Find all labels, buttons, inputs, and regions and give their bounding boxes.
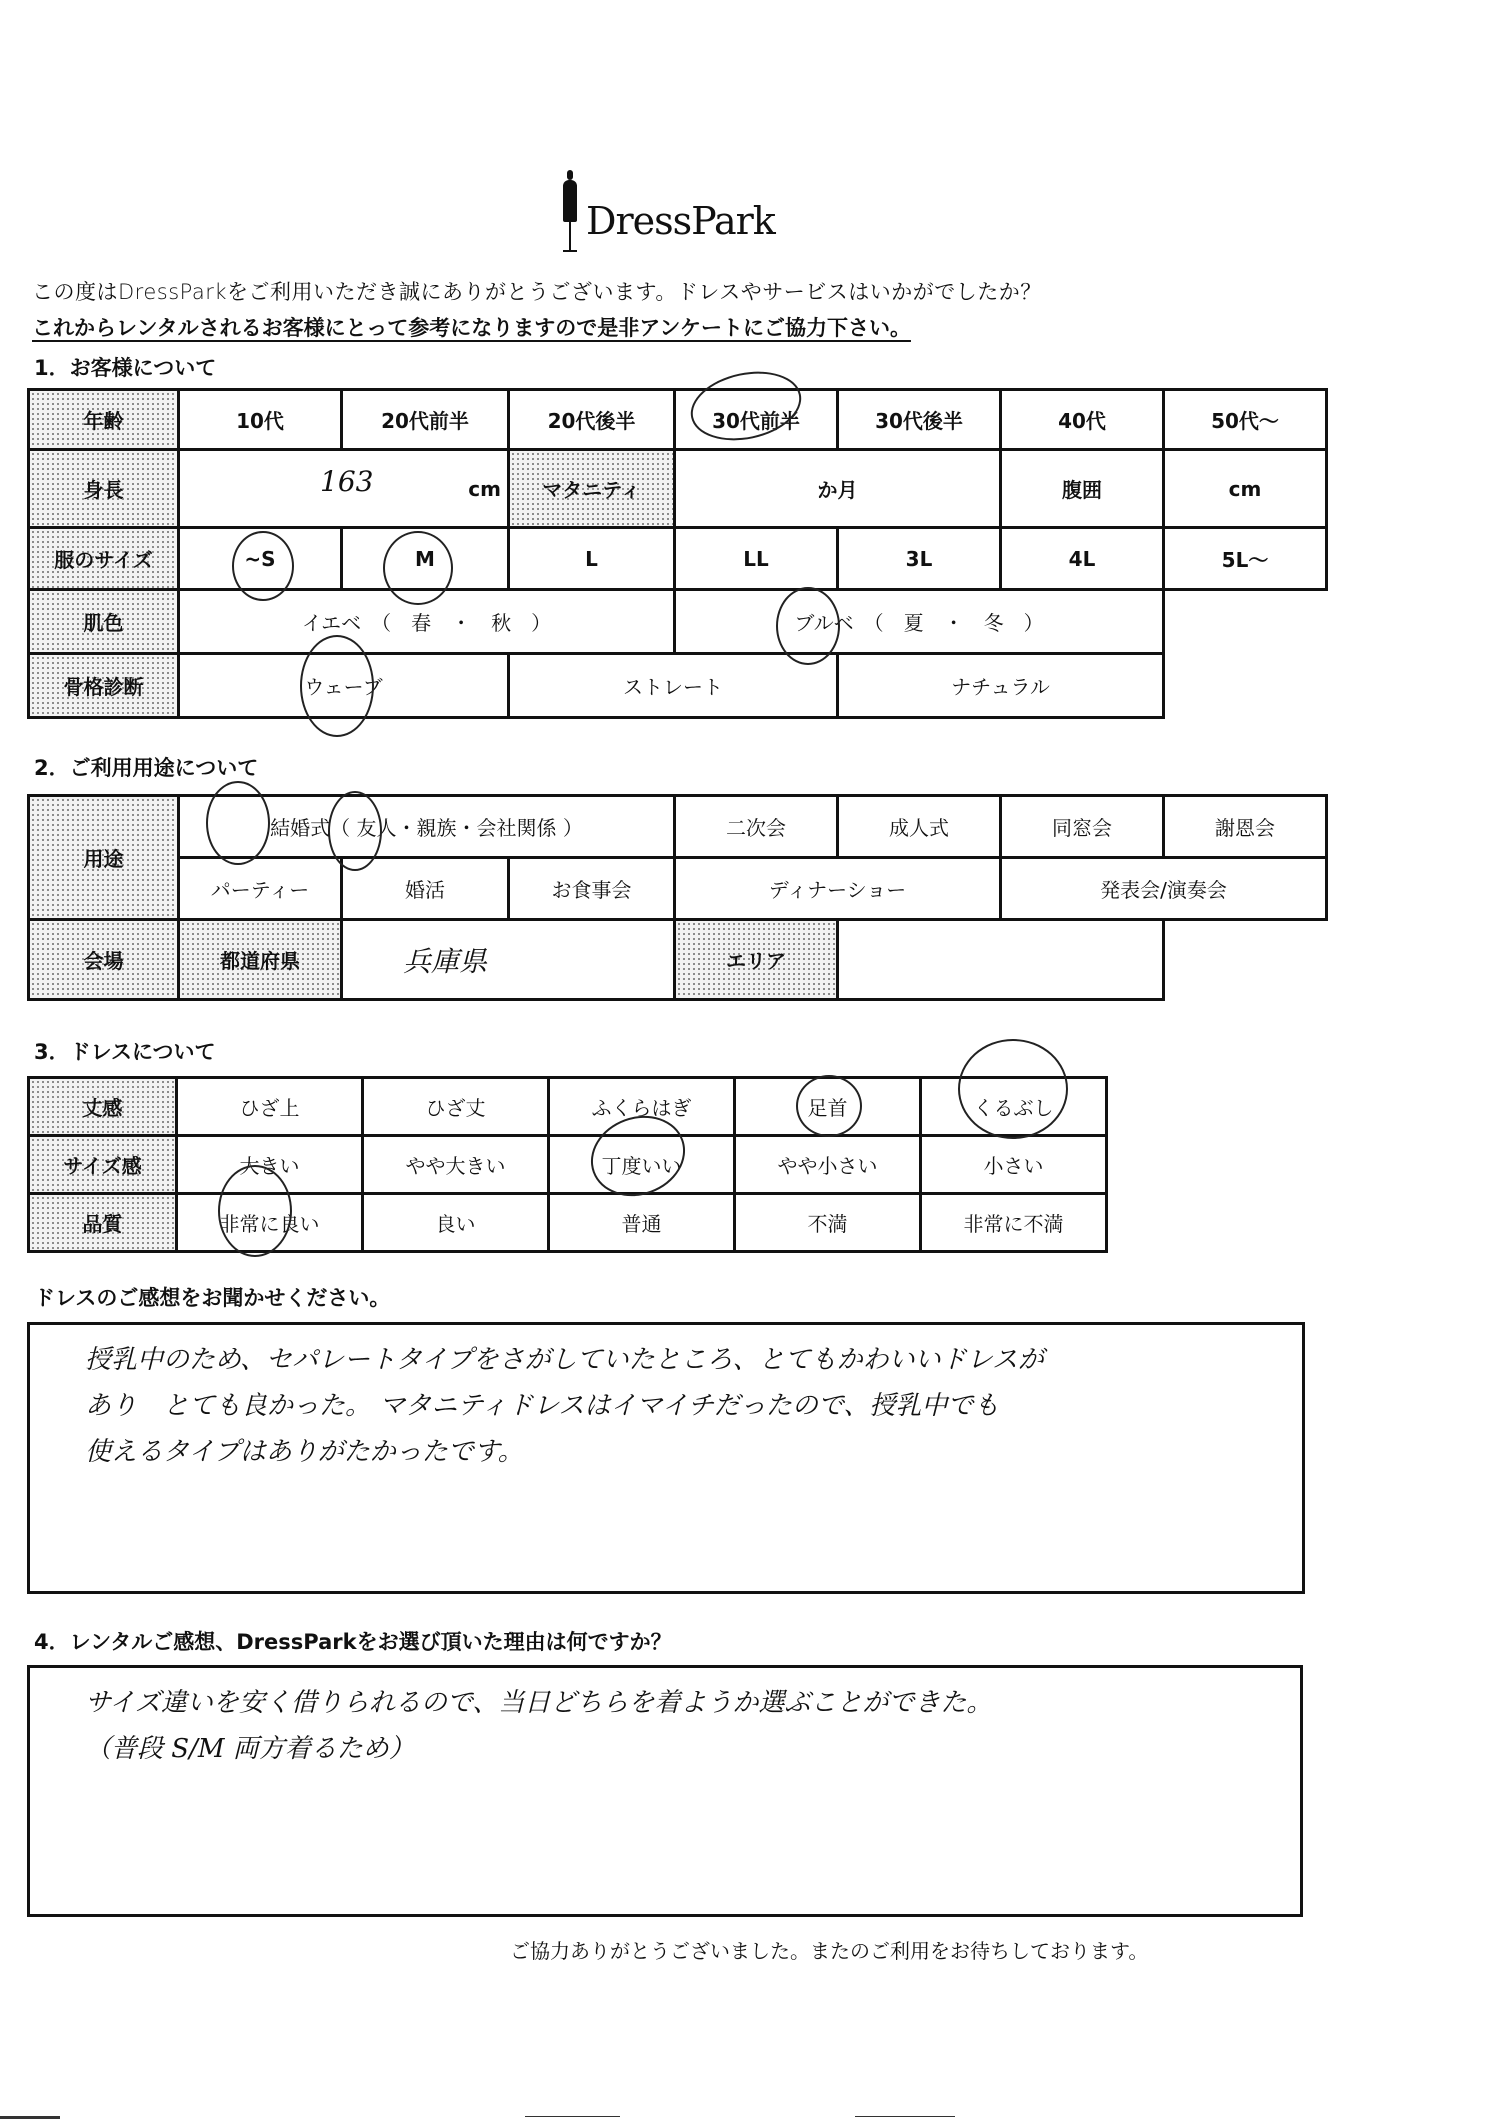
size-option[interactable]: LL <box>675 528 838 590</box>
waist-label: 腹囲 <box>1001 450 1164 528</box>
age-option[interactable]: 10代 <box>179 390 342 450</box>
purpose-option[interactable]: 二次会 <box>675 796 838 858</box>
length-label: 丈感 <box>29 1078 177 1136</box>
section1-title: 1．お客様について <box>34 352 216 382</box>
quality-option[interactable]: 普通 <box>549 1194 735 1252</box>
height-value: 163 <box>320 465 373 498</box>
dresspark-logo: DressPark <box>560 168 775 258</box>
quality-option[interactable]: 良い <box>363 1194 549 1252</box>
purpose-row-2: パーティー 婚活 お食事会 ディナーショー 発表会/演奏会 <box>29 858 1327 920</box>
reason-answer-box[interactable]: サイズ違いを安く借りられるので、当日どちらを着ようか選ぶことができた。 （普段 … <box>27 1665 1303 1917</box>
purpose-option[interactable]: 同窓会 <box>1001 796 1164 858</box>
empty-cell <box>1164 654 1327 718</box>
skin-yellow-option[interactable]: イエベ （ 春 ・ 秋 ） <box>179 590 675 654</box>
frame-option[interactable]: ナチュラル <box>838 654 1164 718</box>
skin-label: 肌色 <box>29 590 179 654</box>
height-label: 身長 <box>29 450 179 528</box>
maternity-label: マタニティ <box>509 450 675 528</box>
venue-label: 会場 <box>29 920 179 1000</box>
purpose-label: 用途 <box>29 796 179 920</box>
age-option-selected[interactable]: 30代前半 <box>675 390 838 450</box>
quality-label: 品質 <box>29 1194 177 1252</box>
waist-field[interactable]: cm <box>1164 450 1327 528</box>
section2-title: 2．ご利用用途について <box>34 752 258 782</box>
prefecture-field[interactable]: 兵庫県 <box>342 920 675 1000</box>
quality-option[interactable]: 非常に不満 <box>921 1194 1107 1252</box>
length-option[interactable]: ひざ丈 <box>363 1078 549 1136</box>
age-option[interactable]: 40代 <box>1001 390 1164 450</box>
size-label: 服のサイズ <box>29 528 179 590</box>
skin-blue-option-selected[interactable]: ブルベ （ 夏 ・ 冬 ） <box>675 590 1164 654</box>
length-row: 丈感 ひざ上 ひざ丈 ふくらはぎ 足首 くるぶし <box>29 1078 1107 1136</box>
frame-label: 骨格診断 <box>29 654 179 718</box>
empty-cell <box>1164 920 1327 1000</box>
length-option[interactable]: ふくらはぎ <box>549 1078 735 1136</box>
dress-comment-prompt: ドレスのご感想をお聞かせください。 <box>34 1282 390 1312</box>
selection-circle <box>206 781 270 865</box>
purpose-option[interactable]: 謝恩会 <box>1164 796 1327 858</box>
fit-option[interactable]: 大きい <box>177 1136 363 1194</box>
size-option[interactable]: L <box>509 528 675 590</box>
size-option[interactable]: 3L <box>838 528 1001 590</box>
size-option-selected[interactable]: M <box>342 528 509 590</box>
venue-row: 会場 都道府県 兵庫県 エリア <box>29 920 1327 1000</box>
area-label: エリア <box>675 920 838 1000</box>
selection-circle <box>958 1039 1068 1139</box>
section4-title: 4．レンタルご感想、DressParkをお選び頂いた理由は何ですか？ <box>34 1626 672 1656</box>
quality-row: 品質 非常に良い 良い 普通 不満 非常に不満 <box>29 1194 1107 1252</box>
size-option[interactable]: 4L <box>1001 528 1164 590</box>
size-row: 服のサイズ ~S M L LL 3L 4L 5L～ <box>29 528 1327 590</box>
mannequin-icon <box>560 168 580 258</box>
frame-option[interactable]: ストレート <box>509 654 838 718</box>
size-option-selected[interactable]: ~S <box>179 528 342 590</box>
length-option-selected[interactable]: くるぶし <box>921 1078 1107 1136</box>
dress-comment-text: 授乳中のため、セパレートタイプをさがしていたところ、とてもかわいいドレスが あり… <box>85 1337 1282 1475</box>
reason-answer-text: サイズ違いを安く借りられるので、当日どちらを着ようか選ぶことができた。 （普段 … <box>85 1680 1280 1772</box>
purpose-option[interactable]: ディナーショー <box>675 858 1001 920</box>
usage-table: 用途 結婚式（ 友人・親族・会社関係 ） 二次会 成人式 同窓会 謝恩会 パーテ… <box>27 794 1328 1001</box>
quality-option[interactable]: 不満 <box>735 1194 921 1252</box>
prefecture-label: 都道府県 <box>179 920 342 1000</box>
section3-title: 3．ドレスについて <box>34 1036 216 1066</box>
dress-comment-box[interactable]: 授乳中のため、セパレートタイプをさがしていたところ、とてもかわいいドレスが あり… <box>27 1322 1305 1594</box>
maternity-months-field[interactable]: か月 <box>675 450 1001 528</box>
fit-option[interactable]: やや大きい <box>363 1136 549 1194</box>
age-option[interactable]: 50代～ <box>1164 390 1327 450</box>
size-option[interactable]: 5L～ <box>1164 528 1327 590</box>
length-option[interactable]: ひざ上 <box>177 1078 363 1136</box>
fit-row: サイズ感 大きい やや大きい 丁度いい やや小さい 小さい <box>29 1136 1107 1194</box>
fit-option-selected[interactable]: 丁度いい <box>549 1136 735 1194</box>
area-field[interactable] <box>838 920 1164 1000</box>
length-option-selected[interactable]: 足首 <box>735 1078 921 1136</box>
age-row: 年齢 10代 20代前半 20代後半 30代前半 30代後半 40代 50代～ <box>29 390 1327 450</box>
intro-text: この度はDressParkをご利用いただき誠にありがとうございます。ドレスやサー… <box>32 276 1042 306</box>
age-option[interactable]: 20代前半 <box>342 390 509 450</box>
age-option[interactable]: 30代後半 <box>838 390 1001 450</box>
purpose-option[interactable]: 婚活 <box>342 858 509 920</box>
purpose-option[interactable]: パーティー <box>179 858 342 920</box>
purpose-option-wedding[interactable]: 結婚式（ 友人・親族・会社関係 ） <box>179 796 675 858</box>
survey-request: これからレンタルされるお客様にとって参考になりますので是非アンケートにご協力下さ… <box>32 312 911 342</box>
fit-label: サイズ感 <box>29 1136 177 1194</box>
dress-table: 丈感 ひざ上 ひざ丈 ふくらはぎ 足首 くるぶし サイズ感 大きい やや大きい … <box>27 1076 1108 1253</box>
selection-circle <box>684 362 807 450</box>
frame-row: 骨格診断 ウェーブ ストレート ナチュラル <box>29 654 1327 718</box>
purpose-option[interactable]: お食事会 <box>509 858 675 920</box>
age-option[interactable]: 20代後半 <box>509 390 675 450</box>
thanks-footer: ご協力ありがとうございました。またのご利用をお待ちしております。 <box>510 1935 1148 1964</box>
quality-option-selected[interactable]: 非常に良い <box>177 1194 363 1252</box>
fit-option[interactable]: 小さい <box>921 1136 1107 1194</box>
purpose-option[interactable]: 成人式 <box>838 796 1001 858</box>
prefecture-value: 兵庫県 <box>403 945 487 978</box>
scan-mark <box>855 2116 955 2117</box>
frame-option-selected[interactable]: ウェーブ <box>179 654 509 718</box>
height-row: 身長 163 cm マタニティ か月 腹囲 cm <box>29 450 1327 528</box>
brand-name: DressPark <box>586 202 775 258</box>
purpose-option[interactable]: 発表会/演奏会 <box>1001 858 1327 920</box>
height-field[interactable]: 163 cm <box>179 450 509 528</box>
age-label: 年齢 <box>29 390 179 450</box>
customer-table: 年齢 10代 20代前半 20代後半 30代前半 30代後半 40代 50代～ … <box>27 388 1328 719</box>
scan-mark <box>525 2116 620 2117</box>
skin-row: 肌色 イエベ （ 春 ・ 秋 ） ブルベ （ 夏 ・ 冬 ） <box>29 590 1327 654</box>
purpose-row-1: 用途 結婚式（ 友人・親族・会社関係 ） 二次会 成人式 同窓会 謝恩会 <box>29 796 1327 858</box>
empty-cell <box>1164 590 1327 654</box>
fit-option[interactable]: やや小さい <box>735 1136 921 1194</box>
scan-mark <box>0 2116 60 2119</box>
